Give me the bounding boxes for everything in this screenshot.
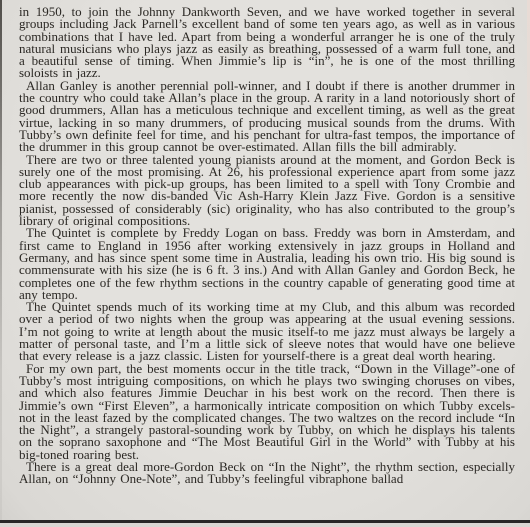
liner-notes-paragraph-5: The Quintet spends much of its working t… <box>19 301 515 362</box>
liner-notes-paragraph-2: Allan Ganley is another perennial poll-w… <box>19 80 515 154</box>
album-liner-notes-page: in 1950, to join the Johnny Dankworth Se… <box>0 0 530 527</box>
page-bottom-margin <box>0 523 530 527</box>
liner-notes-paragraph-6: For my own part, the best moments occur … <box>19 363 515 461</box>
page-left-edge-shadow <box>0 0 2 527</box>
liner-notes-paragraph-1: in 1950, to join the Johnny Dankworth Se… <box>19 6 515 80</box>
liner-notes-text: in 1950, to join the Johnny Dankworth Se… <box>19 6 515 520</box>
liner-notes-paragraph-4: The Quintet is complete by Freddy Logan … <box>19 227 515 301</box>
liner-notes-paragraph-7: There is a great deal more-Gordon Beck o… <box>19 461 515 486</box>
liner-notes-paragraph-3: There are two or three talented young pi… <box>19 154 515 228</box>
